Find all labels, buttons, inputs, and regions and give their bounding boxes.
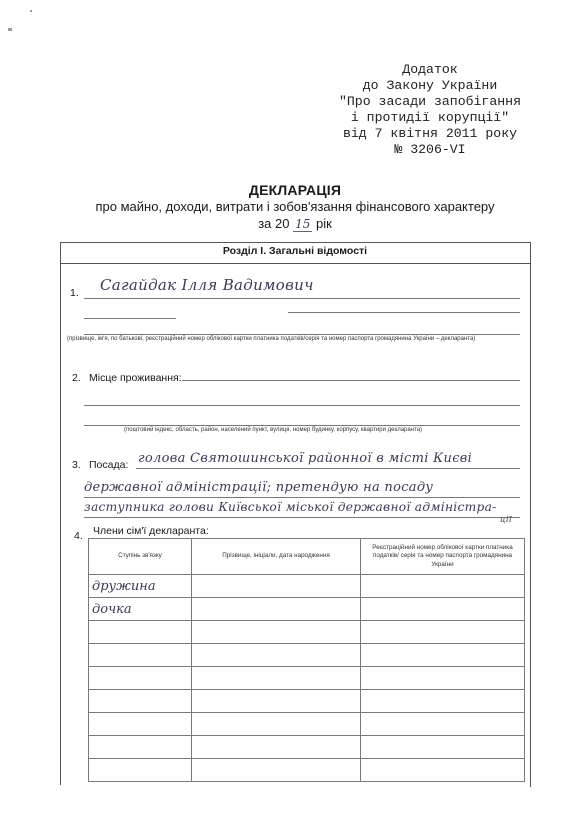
cell-relationship[interactable] bbox=[89, 736, 192, 759]
item-number: 4. bbox=[74, 530, 83, 542]
year-handwritten[interactable]: 15 bbox=[293, 217, 312, 232]
field-line bbox=[84, 334, 520, 335]
position-field-tail: ції bbox=[500, 515, 512, 524]
cell-tax-id[interactable] bbox=[361, 644, 525, 667]
cell-name-dob[interactable] bbox=[192, 713, 361, 736]
frame-border bbox=[60, 263, 530, 264]
cell-tax-id[interactable] bbox=[361, 713, 525, 736]
field-line bbox=[84, 517, 520, 518]
item-number: 2. bbox=[72, 372, 81, 384]
cell-tax-id[interactable] bbox=[361, 690, 525, 713]
cell-tax-id[interactable] bbox=[361, 736, 525, 759]
document-title: ДЕКЛАРАЦІЯ bbox=[60, 182, 530, 198]
cell-name-dob[interactable] bbox=[192, 644, 361, 667]
year-suffix: рік bbox=[316, 216, 332, 231]
cell-name-dob[interactable] bbox=[192, 667, 361, 690]
residence-field-line[interactable] bbox=[84, 405, 520, 406]
cell-name-dob[interactable] bbox=[192, 690, 361, 713]
frame-border bbox=[60, 242, 61, 785]
table-row: дружина bbox=[89, 575, 525, 598]
scan-mark bbox=[30, 10, 32, 12]
header-relationship: Ступінь зв'язку bbox=[89, 539, 192, 575]
cell-relationship[interactable] bbox=[89, 667, 192, 690]
declarant-name-field[interactable]: Сагайдак Ілля Вадимович bbox=[100, 276, 314, 294]
item2-caption: (поштовий індекс, область, район, населе… bbox=[124, 427, 422, 433]
appendix-line: і протидії корупції" bbox=[300, 110, 560, 126]
cell-tax-id[interactable] bbox=[361, 575, 525, 598]
item1-caption: (прізвище, ім'я, по батькові, реєстрацій… bbox=[67, 336, 475, 342]
frame-border bbox=[60, 242, 530, 243]
residence-field[interactable] bbox=[182, 380, 520, 381]
table-row bbox=[89, 667, 525, 690]
cell-tax-id[interactable] bbox=[361, 759, 525, 782]
year-line: за 20 15 рік bbox=[60, 215, 530, 233]
item-number: 1. bbox=[70, 287, 79, 299]
relationship-value: дочка bbox=[92, 602, 132, 617]
relationship-value: дружина bbox=[92, 579, 156, 594]
table-row bbox=[89, 759, 525, 782]
appendix-block: Додаток до Закону України "Про засади за… bbox=[300, 62, 560, 158]
cell-relationship[interactable] bbox=[89, 621, 192, 644]
cell-tax-id[interactable] bbox=[361, 667, 525, 690]
field-line bbox=[288, 312, 520, 313]
cell-name-dob[interactable] bbox=[192, 575, 361, 598]
appendix-line: від 7 квітня 2011 року bbox=[300, 126, 560, 142]
table-row bbox=[89, 690, 525, 713]
document-subtitle: про майно, доходи, витрати і зобов'язанн… bbox=[60, 198, 530, 233]
cell-relationship[interactable]: дружина bbox=[89, 575, 192, 598]
appendix-line: "Про засади запобігання bbox=[300, 94, 560, 110]
year-prefix: за 20 bbox=[258, 216, 289, 231]
item-number: 3. bbox=[72, 459, 81, 471]
cell-relationship[interactable] bbox=[89, 759, 192, 782]
table-row bbox=[89, 644, 525, 667]
appendix-line: № 3206-VI bbox=[300, 142, 560, 158]
position-field-line[interactable]: державної адміністрації; претендую на по… bbox=[84, 480, 433, 495]
cell-relationship[interactable] bbox=[89, 690, 192, 713]
family-label: Члени сім'ї декларанта: bbox=[93, 525, 209, 537]
position-field-line[interactable]: голова Святошинської районної в місті Ки… bbox=[138, 451, 472, 466]
field-line bbox=[84, 497, 520, 498]
cell-name-dob[interactable] bbox=[192, 736, 361, 759]
cell-relationship[interactable] bbox=[89, 644, 192, 667]
appendix-line: Додаток bbox=[300, 62, 560, 78]
cell-name-dob[interactable] bbox=[192, 598, 361, 621]
cell-tax-id[interactable] bbox=[361, 598, 525, 621]
cell-tax-id[interactable] bbox=[361, 621, 525, 644]
table-row bbox=[89, 713, 525, 736]
table-row bbox=[89, 621, 525, 644]
field-line bbox=[84, 318, 176, 319]
family-members-table: Ступінь зв'язку Прізвище, ініціали, дата… bbox=[88, 538, 525, 782]
residence-field-line[interactable] bbox=[84, 425, 520, 426]
table-row bbox=[89, 736, 525, 759]
frame-border bbox=[530, 242, 531, 787]
field-line bbox=[84, 298, 520, 299]
position-field-line[interactable]: заступника голови Київської міської держ… bbox=[84, 500, 497, 514]
cell-name-dob[interactable] bbox=[192, 759, 361, 782]
field-line bbox=[136, 468, 520, 469]
table-header-row: Ступінь зв'язку Прізвище, ініціали, дата… bbox=[89, 539, 525, 575]
position-label: Посада: bbox=[89, 459, 128, 471]
residence-label: Місце проживання: bbox=[89, 372, 182, 384]
header-tax-id: Реєстраційний номер облікової картки пла… bbox=[361, 539, 525, 575]
scan-mark bbox=[8, 28, 12, 31]
appendix-line: до Закону України bbox=[300, 78, 560, 94]
table-row: дочка bbox=[89, 598, 525, 621]
subtitle-text: про майно, доходи, витрати і зобов'язанн… bbox=[60, 198, 530, 215]
section-header: Розділ І. Загальні відомості bbox=[60, 245, 530, 257]
header-name-dob: Прізвище, ініціали, дата народження bbox=[192, 539, 361, 575]
cell-relationship[interactable] bbox=[89, 713, 192, 736]
cell-name-dob[interactable] bbox=[192, 621, 361, 644]
cell-relationship[interactable]: дочка bbox=[89, 598, 192, 621]
